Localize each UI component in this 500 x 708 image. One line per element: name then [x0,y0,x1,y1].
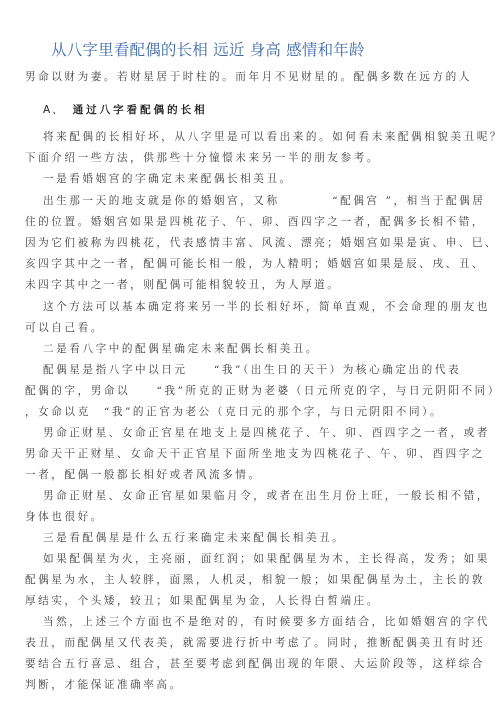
body-line: 可以自己看。 [25,321,104,335]
section-heading-a: A、通过八字看配偶的长相 [43,102,208,117]
body-line: 当然，上述三个方面也不是绝对的，有时候要多方面结合，比如婚姻宫的字代 [43,615,490,629]
body-line: 配偶星是指八字中以日元 “我”（出生日的天干）为核心确定出的代表 [43,363,461,377]
intro-paragraph: 男命以财为妻。若财星居于时柱的。而年月不见财星的。配偶多数在远方的人 [25,70,472,84]
body-line: 男命天干正财星、女命天干正官星下面所坐地支为四桃花子、午、卯、酉四字之 [25,447,485,461]
body-line: 一者，配偶一般都长相好或者风流多情。 [25,468,262,482]
body-line: 住的位置。婚姻宫如果是四桃花子、午、卯、酉四字之一者，配偶多长相不错， [25,215,485,229]
body-line: 男命正财星、女命正官星如果临月令，或者在出生月份上旺，一般长相不错， [43,489,490,503]
body-line: 因为它们被称为四桃花，代表感情丰富、风流、漂亮；婚姻宫如果是寅、申、巳、 [25,236,498,250]
body-line: 配偶的字，男命以 “我”所克的正财为老婆（日元所克的字，与日元阴阳不同） [25,384,500,398]
body-line: 下面介绍一些方法，供那些十分憧憬未来另一半的朋友参考。 [25,151,380,165]
document-title: 从八字里看配偶的长相 远近 身高 感情和年龄 [51,38,365,60]
body-line: 三是看配偶星是什么五行来确定未来配偶长相美丑。 [43,531,345,545]
section-number: A、 [43,104,65,116]
body-line: 厚结实，个头矮，较丑；如果配偶星为金，人长得白皙端庄。 [25,594,380,608]
body-line: 将来配偶的长相好坏，从八字里是可以看出来的。如何看未来配偶相貌美丑呢？ [43,130,500,144]
body-line: 一是看婚姻宫的字确定未来配偶长相美丑。 [43,172,293,186]
body-line: 这个方法可以基本确定将来另一半的长相好坏，简单直观，不会命理的朋友也 [43,300,490,314]
body-line: 要结合五行喜忌、组合，甚至要考虑到配偶出现的年限、大运阶段等，这样综合 [25,657,485,671]
body-line: 配偶星为水，主人较胖，面黑，人机灵，相貌一般；如果配偶星为土，主长的敦 [25,573,485,587]
body-line: 男命正财星、女命正官星在地支上是四桃花子、午、卯、酉四字之一者，或者 [43,426,490,440]
section-heading-text: 通过八字看配偶的长相 [73,104,208,116]
document-page: 从八字里看配偶的长相 远近 身高 感情和年龄 男命以财为妻。若财星居于时柱的。而… [0,0,500,708]
body-line: 身体也很好。 [25,510,104,524]
body-line: 如果配偶星为火，主亮丽，面红润；如果配偶星为木，主长得高，发秀；如果 [43,552,490,566]
body-line: 表丑，而配偶星又代表美，就需要进行折中考虑了。同时，推断配偶美丑有时还 [25,636,485,650]
body-line: 二是看八字中的配偶星确定未来配偶长相美丑。 [43,342,319,356]
body-line: 出生那一天的地支就是你的婚姻宫，又称 “配偶宫 ”，相当于配偶居 [43,194,485,208]
body-line: 判断，才能保证准确率高。 [25,678,183,692]
body-line: ，女命以克 “我”的正官为老公（克日元的那个字，与日元阴阳不同）。 [25,405,443,419]
body-line: 亥四字其中之一者，配偶可能长相一般，为人精明；婚姻宫如果是辰、戌、丑、 [25,257,485,271]
body-line: 未四字其中之一者，则配偶可能相貌较丑，为人厚道。 [25,278,340,292]
